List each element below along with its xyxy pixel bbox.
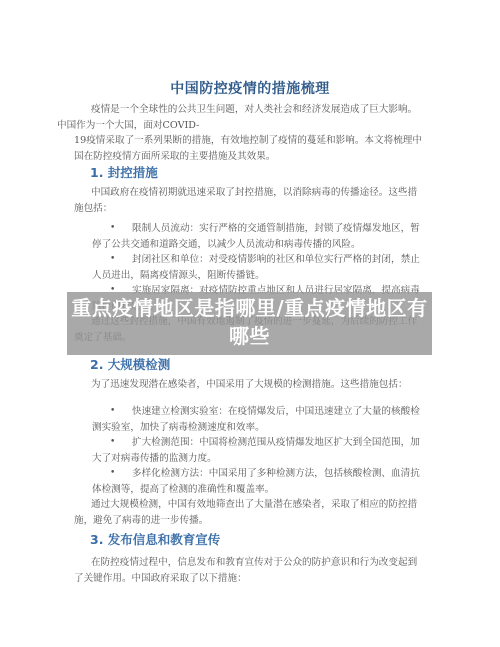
intro-paragraph-cont: 19疫情采取了一系列果断的措施，有效地控制了疫情的蔓延和影响。本文将梳理中国在防… xyxy=(74,133,424,164)
section-2-bullet-2: • 扩大检测范围：中国将检测范围从疫情爆发地区扩大到全国范围，加大了对病毒传播的… xyxy=(92,435,428,466)
section-heading-3: 3. 发布信息和教育宣传 xyxy=(90,530,220,548)
section-2-bullet-1: • 快速建立检测实验室：在疫情爆发后，中国迅速建立了大量的核酸检测实验室，加快了… xyxy=(92,404,428,435)
bullet-icon: • xyxy=(110,404,115,420)
document-title: 中国防控疫情的措施梳理 xyxy=(0,78,500,98)
section-heading-2: 2. 大规模检测 xyxy=(90,355,170,373)
overlay-title: 重点疫情地区是指哪里/重点疫情地区有哪些 xyxy=(67,294,432,350)
bullet-text: 多样化检测方法：中国采用了多种检测方法，包括核酸检测、血清抗体检测等，提高了检测… xyxy=(92,466,428,497)
intro-line-2: 中国作为一个大国，面对COVID- xyxy=(57,118,199,134)
bullet-text: 封闭社区和单位：对受疫情影响的社区和单位实行严格的封闭，禁止人员进出，隔离疫情源… xyxy=(92,252,428,283)
bullet-icon: • xyxy=(110,435,115,451)
intro-line-1: 疫情是一个全球性的公共卫生问题，对人类社会和经济发展造成了巨大影响。 xyxy=(91,104,417,115)
bullet-text: 扩大检测范围：中国将检测范围从疫情爆发地区扩大到全国范围，加大了对病毒传播的监测… xyxy=(92,435,428,466)
section-heading-1: 1. 封控措施 xyxy=(90,163,158,181)
section-2-conclusion: 通过大规模检测，中国有效地筛查出了大量潜在感染者，采取了相应的防控措施，避免了病… xyxy=(74,497,424,528)
bullet-icon: • xyxy=(110,466,115,482)
section-1-intro: 中国政府在疫情初期就迅速采取了封控措施，以消除病毒的传播途径。这些措施包括： xyxy=(74,185,424,216)
section-3-intro: 在防控疫情过程中，信息发布和教育宣传对于公众的防护意识和行为改变起到了关键作用。… xyxy=(74,555,424,586)
intro-paragraph: 疫情是一个全球性的公共卫生问题，对人类社会和经济发展造成了巨大影响。 中国作为一… xyxy=(74,102,424,133)
section-2-bullet-3: • 多样化检测方法：中国采用了多种检测方法，包括核酸检测、血清抗体检测等，提高了… xyxy=(92,466,428,497)
section-1-bullet-1: • 限制人员流动：实行严格的交通管制措施，封锁了疫情爆发地区，暂停了公共交通和道… xyxy=(92,221,428,252)
bullet-text: 限制人员流动：实行严格的交通管制措施，封锁了疫情爆发地区，暂停了公共交通和道路交… xyxy=(92,221,428,252)
section-1-bullet-2: • 封闭社区和单位：对受疫情影响的社区和单位实行严格的封闭，禁止人员进出，隔离疫… xyxy=(92,252,428,283)
bullet-text: 快速建立检测实验室：在疫情爆发后，中国迅速建立了大量的核酸检测实验室，加快了病毒… xyxy=(92,404,428,435)
bullet-icon: • xyxy=(110,252,115,268)
bullet-icon: • xyxy=(110,221,115,237)
section-2-intro: 为了迅速发现潜在感染者，中国采用了大规模的检测措施。这些措施包括： xyxy=(74,377,424,393)
